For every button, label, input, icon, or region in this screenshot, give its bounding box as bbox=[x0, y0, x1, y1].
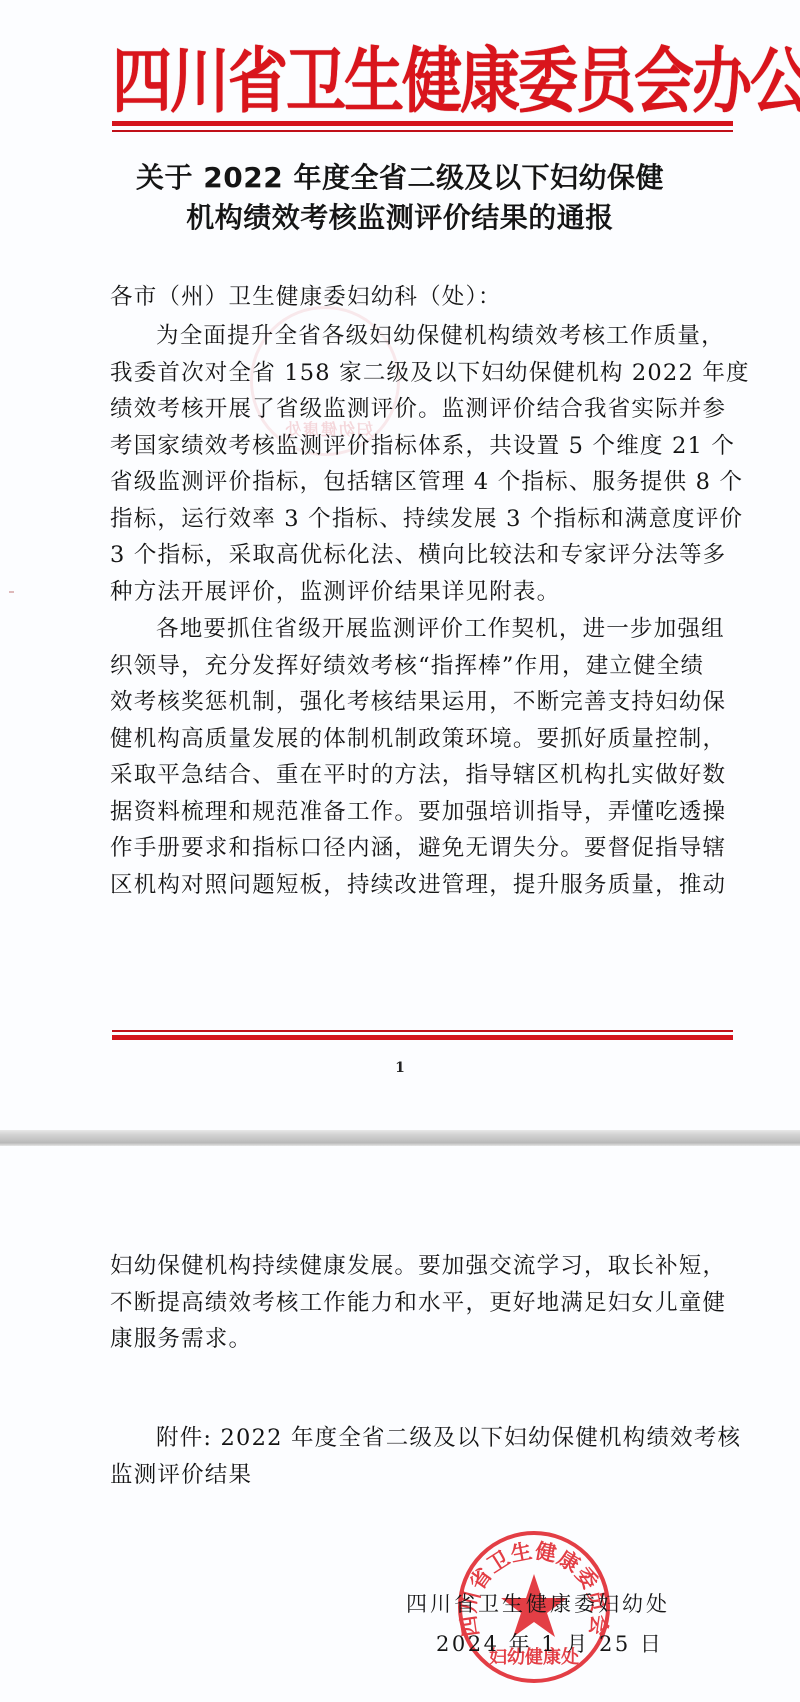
salutation: 各市（州）卫生健康委妇幼科（处）： bbox=[110, 279, 735, 316]
paragraph-2-line: 作手册要求和指标口径内涵，避免无谓失分。要督促指导辖 bbox=[110, 830, 735, 867]
paragraph-1-line: 我委首次对全省 158 家二级及以下妇幼保健机构 2022 年度 bbox=[110, 355, 735, 392]
paragraph-2-line: 效考核奖惩机制，强化考核结果运用，不断完善支持妇幼保 bbox=[110, 684, 735, 721]
paragraph-1-line: 种方法开展评价，监测评价结果详见附表。 bbox=[110, 574, 735, 611]
paragraph-2-line: 区机构对照问题短板，持续改进管理，提升服务质量，推动 bbox=[110, 867, 735, 904]
paragraph-1: 为全面提升全省各级妇幼保健机构绩效考核工作质量， 我委首次对全省 158 家二级… bbox=[110, 318, 735, 610]
footer-rule-thin bbox=[112, 1030, 733, 1032]
paragraph-2-line: 健机构高质量发展的体制机制政策环境。要抓好质量控制， bbox=[110, 721, 735, 758]
paragraph-1-line: 省级监测评价指标，包括辖区管理 4 个指标、服务提供 8 个 bbox=[110, 464, 735, 501]
paragraph-1-line: 为全面提升全省各级妇幼保健机构绩效考核工作质量， bbox=[110, 318, 735, 355]
paragraph-2-line: 康服务需求。 bbox=[110, 1321, 735, 1358]
paragraph-2-line: 各地要抓住省级开展监测评价工作契机，进一步加强组 bbox=[110, 611, 735, 648]
masthead-title: 四川省卫生健康委员会办公室 bbox=[112, 30, 733, 134]
paragraph-1-line: 考国家绩效考核监测评价指标体系，共设置 5 个维度 21 个 bbox=[110, 428, 735, 465]
paragraph-2-line: 据资料梳理和规范准备工作。要加强培训指导，弄懂吃透操 bbox=[110, 794, 735, 831]
attachment-note: 附件: 2022 年度全省二级及以下妇幼保健机构绩效考核 监测评价结果 bbox=[110, 1420, 735, 1493]
paragraph-1-line: 绩效考核开展了省级监测评价。监测评价结合我省实际并参 bbox=[110, 391, 735, 428]
document-page-1: 妇幼健康处 四川省卫生健康委员会办公室 关于 2022 年度全省二级及以下妇幼保… bbox=[0, 0, 800, 1130]
attachment-line: 附件: 2022 年度全省二级及以下妇幼保健机构绩效考核 bbox=[110, 1420, 735, 1457]
page-number: 1 bbox=[392, 1060, 408, 1076]
paragraph-1-line: 指标，运行效率 3 个指标、持续发展 3 个指标和满意度评价 bbox=[110, 501, 735, 538]
paragraph-2-part-1: 各地要抓住省级开展监测评价工作契机，进一步加强组 织领导，充分发挥好绩效考核“指… bbox=[110, 611, 735, 903]
paragraph-2-line: 采取平急结合、重在平时的方法，指导辖区机构扎实做好数 bbox=[110, 757, 735, 794]
paragraph-2-line: 不断提高绩效考核工作能力和水平，更好地满足妇女儿童健 bbox=[110, 1285, 735, 1322]
scan-speck bbox=[9, 591, 14, 593]
masthead-rule-thin bbox=[112, 130, 733, 132]
footer-rule-thick bbox=[112, 1035, 733, 1040]
page-separator bbox=[0, 1130, 800, 1146]
salutation-block: 各市（州）卫生健康委妇幼科（处）： bbox=[110, 279, 735, 316]
title-line-1: 关于 2022 年度全省二级及以下妇幼保健 bbox=[100, 158, 700, 198]
document-title: 关于 2022 年度全省二级及以下妇幼保健 机构绩效考核监测评价结果的通报 bbox=[100, 158, 700, 238]
paragraph-2-line: 织领导，充分发挥好绩效考核“指挥棒”作用，建立健全绩 bbox=[110, 648, 735, 685]
signature-organization: 四川省卫生健康委妇幼处 bbox=[406, 1588, 670, 1618]
title-line-2: 机构绩效考核监测评价结果的通报 bbox=[100, 198, 700, 238]
paragraph-1-line: 3 个指标，采取高优标化法、横向比较法和专家评分法等多 bbox=[110, 537, 735, 574]
masthead-rule-thick bbox=[112, 121, 733, 126]
paragraph-2-line: 妇幼保健机构持续健康发展。要加强交流学习，取长补短， bbox=[110, 1248, 735, 1285]
paragraph-2-part-2: 妇幼保健机构持续健康发展。要加强交流学习，取长补短， 不断提高绩效考核工作能力和… bbox=[110, 1248, 735, 1358]
signature-date: 2024 年 1 月 25 日 bbox=[436, 1628, 663, 1658]
attachment-line: 监测评价结果 bbox=[110, 1457, 735, 1494]
